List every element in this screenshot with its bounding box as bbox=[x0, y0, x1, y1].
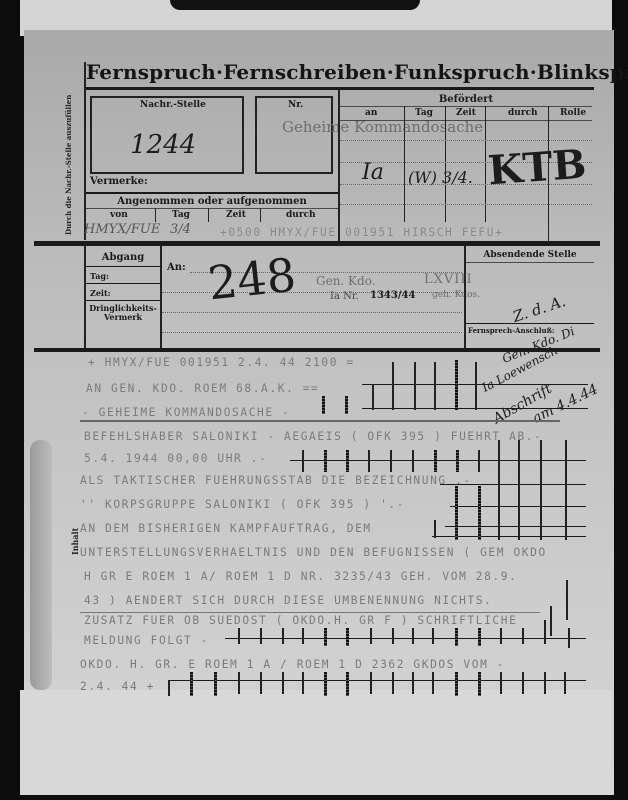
grid-tick bbox=[550, 606, 552, 636]
message-line-5: 5.4. 1944 00,00 UHR .- bbox=[84, 452, 267, 465]
grid-tick bbox=[522, 672, 524, 694]
form-left-border bbox=[84, 62, 86, 240]
perforation-mark bbox=[455, 628, 458, 646]
message-line-2: AN GEN. KDO. ROEM 68.A.K. == bbox=[86, 382, 319, 395]
grid-tick bbox=[475, 362, 477, 410]
grid-tick bbox=[434, 362, 436, 410]
col-tag: Tag bbox=[172, 210, 190, 220]
grid-tick bbox=[566, 580, 568, 620]
grid-tick bbox=[368, 450, 370, 472]
col-divider bbox=[260, 208, 261, 222]
message-line-4: BEFEHLSHABER SALONIKI - AEGAEIS ( OFK 39… bbox=[84, 430, 542, 443]
perforation-mark bbox=[346, 672, 349, 696]
grid-tick bbox=[260, 672, 262, 694]
perforation-mark bbox=[478, 486, 481, 540]
grid-tick bbox=[392, 628, 394, 644]
befoerdert-header-rule bbox=[340, 120, 592, 121]
perforation-mark bbox=[214, 672, 217, 696]
col-durch: durch bbox=[508, 108, 538, 118]
grid-tick bbox=[238, 628, 240, 644]
binder-clip bbox=[170, 0, 420, 10]
grid-tick bbox=[500, 672, 502, 694]
message-line-15: 2.4. 44 + bbox=[80, 680, 155, 693]
col-rolle: Rolle bbox=[560, 108, 586, 118]
grid-tick bbox=[544, 672, 546, 694]
grid-tick bbox=[432, 628, 434, 644]
col-tag: Tag bbox=[415, 108, 433, 118]
message-line-7: '' KORPSGRUPPE SALONIKI ( OFK 395 ) '.- bbox=[80, 498, 405, 511]
befoerdert-an-value: Ia bbox=[362, 160, 384, 185]
perforation-mark bbox=[455, 360, 458, 410]
befoerdert-left-border bbox=[338, 90, 340, 242]
angenommen-von-value: HMYX/FUE bbox=[84, 222, 160, 237]
teletype-header-line: +0500 HMYX/FUE 001951 HIRSCH FEFU+ bbox=[220, 226, 503, 239]
message-line-3: - GEHEIME KOMMANDOSACHE - bbox=[82, 406, 290, 419]
angenommen-label: Angenommen oder aufgenommen bbox=[86, 196, 338, 207]
abgang-rule bbox=[86, 300, 160, 301]
tape-edge bbox=[80, 420, 560, 422]
angenommen-sub-rule bbox=[86, 208, 338, 209]
recipient-stamp-suffix: geh. Kdos. bbox=[432, 290, 480, 300]
absendende-rule bbox=[466, 323, 594, 324]
grid-tick bbox=[412, 628, 414, 644]
grid-tick bbox=[478, 450, 480, 472]
message-line-14: OKDO. H. GR. E ROEM 1 A / ROEM 1 D 2362 … bbox=[80, 658, 505, 671]
grid-tick bbox=[498, 440, 500, 540]
perforation-mark bbox=[322, 396, 325, 414]
nr-label: Nr. bbox=[288, 100, 303, 110]
perforation-mark bbox=[324, 628, 327, 646]
an-label: An: bbox=[167, 262, 186, 273]
form-title: Fernspruch·Fernschreiben·Funkspruch·Blin… bbox=[86, 60, 628, 84]
angenommen-rule bbox=[86, 192, 338, 194]
grid-tick bbox=[282, 672, 284, 694]
abgang-rule bbox=[86, 266, 160, 267]
message-line-12: ZUSATZ FUER OB SUEDOST ( OKDO.H. GR F ) … bbox=[84, 614, 517, 627]
recipient-stamp-ia-nr: Ia Nr. bbox=[330, 291, 359, 302]
message-line-10: H GR E ROEM 1 A/ ROEM 1 D NR. 3235/43 GE… bbox=[84, 570, 517, 583]
fernsprech-anschluss-label: Fernsprech-Anschluß: bbox=[468, 326, 555, 335]
perforation-mark bbox=[345, 396, 348, 414]
perforation-mark bbox=[346, 450, 349, 472]
vermerke-label: Vermerke: bbox=[90, 176, 148, 187]
grid-tick bbox=[392, 362, 394, 410]
nachr-stelle-value: 1244 bbox=[130, 130, 196, 160]
grid-tick bbox=[392, 672, 394, 694]
message-line-6: ALS TAKTISCHER FUEHRUNGSSTAB DIE BEZEICH… bbox=[80, 474, 472, 487]
tape-edge bbox=[80, 612, 540, 613]
grid-tick bbox=[260, 628, 262, 644]
grid-tick bbox=[518, 440, 520, 540]
abgang-right-border bbox=[160, 246, 162, 350]
perforation-mark bbox=[456, 450, 459, 472]
an-line bbox=[162, 312, 462, 313]
perforation-mark bbox=[478, 672, 481, 696]
recipient-stamp-gen-kdo: Gen. Kdo. bbox=[316, 274, 376, 288]
col-divider bbox=[155, 208, 156, 222]
grid-tick bbox=[372, 384, 374, 410]
recipient-stamp-number: 1343/44 bbox=[370, 290, 415, 301]
col-divider bbox=[208, 208, 209, 222]
befoerdert-rule bbox=[340, 106, 592, 107]
grid-tick bbox=[238, 672, 240, 694]
telegram-paper-strip bbox=[20, 690, 612, 795]
grid-tick bbox=[302, 672, 304, 694]
perforation-mark bbox=[346, 628, 349, 646]
befoerdert-line bbox=[340, 204, 592, 205]
grid-tick bbox=[414, 362, 416, 410]
inhalt-side-label: Inhalt bbox=[70, 528, 80, 555]
grid-tick bbox=[282, 628, 284, 644]
abgang-tag-label: Tag: bbox=[90, 271, 109, 281]
grid-tick bbox=[168, 680, 170, 696]
dringlichkeits-vermerk-label: Dringlichkeits-Vermerk bbox=[86, 304, 160, 322]
grid-tick bbox=[522, 628, 524, 644]
grid-tick bbox=[370, 672, 372, 694]
message-line-11: 43 ) AENDERT SICH DURCH DIESE UMBENENNUN… bbox=[84, 594, 492, 607]
perforation-mark bbox=[478, 628, 481, 646]
befoerdert-tag-value: (W) 3/4. bbox=[408, 168, 473, 187]
col-durch: durch bbox=[286, 210, 316, 220]
perforation-mark bbox=[190, 672, 193, 696]
absendende-stelle-label: Absendende Stelle bbox=[466, 250, 594, 260]
an-handwritten-number: 248 bbox=[205, 248, 298, 311]
an-line bbox=[162, 292, 462, 293]
section-separator bbox=[34, 241, 600, 246]
side-label-fill-instruction: Durch die Nachr.-Stelle auszufüllen bbox=[64, 95, 73, 235]
col-zeit: Zeit bbox=[456, 108, 476, 118]
col-von: von bbox=[110, 210, 128, 220]
message-line-13: MELDUNG FOLGT - bbox=[84, 634, 209, 647]
grid-rule bbox=[225, 638, 586, 639]
grid-tick bbox=[434, 520, 436, 538]
perforation-mark bbox=[324, 672, 327, 696]
grid-tick bbox=[544, 620, 546, 644]
abgang-rule bbox=[86, 283, 160, 284]
grid-tick bbox=[564, 672, 566, 694]
perforation-mark bbox=[455, 672, 458, 696]
abgang-label: Abgang bbox=[86, 252, 160, 263]
message-line-1: + HMYX/FUE 001951 2.4. 44 2100 = bbox=[88, 356, 355, 369]
perforation-mark bbox=[434, 450, 437, 472]
grid-tick bbox=[302, 628, 304, 644]
grid-tick bbox=[412, 672, 414, 694]
grid-tick bbox=[390, 450, 392, 472]
message-line-8: AN DEM BISHERIGEN KAMPFAUFTRAG, DEM bbox=[80, 522, 372, 535]
nachr-stelle-label: Nachr.-Stelle bbox=[140, 100, 206, 110]
grid-tick bbox=[302, 450, 304, 472]
befoerdert-line bbox=[340, 140, 592, 141]
grid-tick bbox=[412, 450, 414, 472]
abgang-zeit-label: Zeit: bbox=[90, 288, 111, 298]
angenommen-tag-value: 3/4 bbox=[170, 222, 191, 237]
grid-tick bbox=[370, 628, 372, 644]
befoerdert-label: Befördert bbox=[340, 94, 592, 105]
an-line bbox=[162, 332, 462, 333]
befoerdert-durch-value: KTB bbox=[486, 141, 587, 195]
page-fold-shadow bbox=[30, 440, 52, 690]
absendende-rule bbox=[466, 262, 594, 263]
grid-tick bbox=[500, 628, 502, 644]
grid-tick bbox=[540, 440, 542, 540]
grid-tick bbox=[568, 628, 570, 648]
perforation-mark bbox=[324, 450, 327, 472]
grid-tick bbox=[432, 672, 434, 694]
col-zeit: Zeit bbox=[226, 210, 246, 220]
perforation-mark bbox=[455, 486, 458, 540]
message-line-9: UNTERSTELLUNGSVERHAELTNIS UND DEN BEFUGN… bbox=[80, 546, 547, 559]
grid-tick bbox=[565, 440, 567, 540]
col-an: an bbox=[365, 108, 377, 118]
